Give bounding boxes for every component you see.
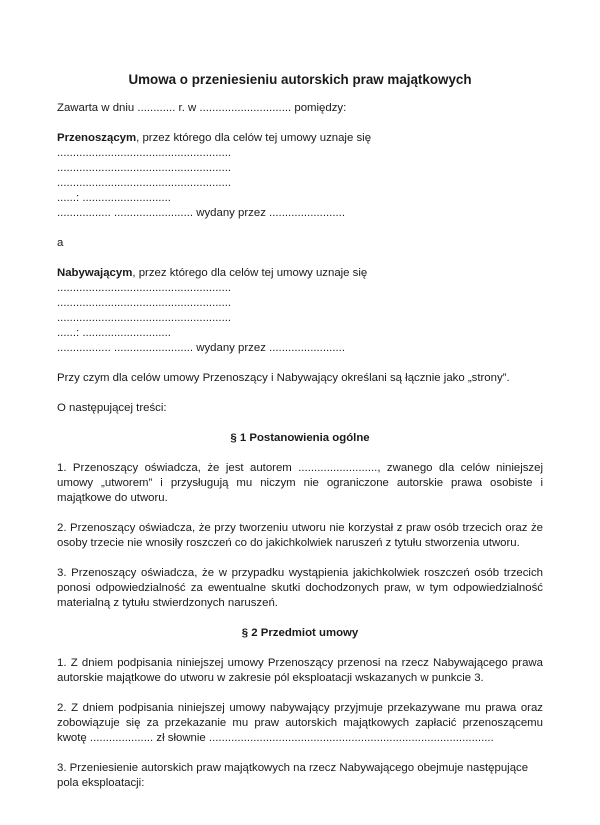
section-2-paragraph-1: 1. Z dniem podpisania niniejszej umowy P… bbox=[57, 656, 543, 686]
party2-header: Nabywającym, przez którego dla celów tej… bbox=[57, 266, 543, 281]
section-2-paragraph-3: 3. Przeniesienie autorskich praw majątko… bbox=[57, 761, 543, 791]
party2-line-1: ........................................… bbox=[57, 281, 543, 296]
parties-note: Przy czym dla celów umowy Przenoszący i … bbox=[57, 371, 543, 386]
party2-line-5: ................. ......................… bbox=[57, 341, 543, 356]
section-2-paragraph-2: 2. Z dniem podpisania niniejszej umowy n… bbox=[57, 701, 543, 746]
party1-line-3: ........................................… bbox=[57, 176, 543, 191]
document-page: Umowa o przeniesieniu autorskich praw ma… bbox=[0, 0, 600, 825]
content-intro: O następującej treści: bbox=[57, 401, 543, 416]
document-body: Umowa o przeniesieniu autorskich praw ma… bbox=[57, 71, 543, 791]
section-1-paragraph-2: 2. Przenoszący oświadcza, że przy tworze… bbox=[57, 521, 543, 551]
document-title: Umowa o przeniesieniu autorskich praw ma… bbox=[57, 71, 543, 89]
party1-line-1: ........................................… bbox=[57, 146, 543, 161]
party2-line-4: ......: ............................ bbox=[57, 326, 543, 341]
party1-header-rest: , przez którego dla celów tej umowy uzna… bbox=[136, 132, 371, 144]
intro-line: Zawarta w dniu ............ r. w .......… bbox=[57, 101, 543, 116]
conjunction: a bbox=[57, 236, 543, 251]
section-1-paragraph-1: 1. Przenoszący oświadcza, że jest autore… bbox=[57, 461, 543, 506]
party2-line-2: ........................................… bbox=[57, 296, 543, 311]
party2-label: Nabywającym bbox=[57, 267, 132, 279]
section-1-paragraph-3: 3. Przenoszący oświadcza, że w przypadku… bbox=[57, 566, 543, 611]
party1-label: Przenoszącym bbox=[57, 132, 136, 144]
party2-line-3: ........................................… bbox=[57, 311, 543, 326]
party1-line-5: ................. ......................… bbox=[57, 206, 543, 221]
section-1-heading: § 1 Postanowienia ogólne bbox=[57, 431, 543, 446]
party2-header-rest: , przez którego dla celów tej umowy uzna… bbox=[132, 267, 367, 279]
party1-header: Przenoszącym, przez którego dla celów te… bbox=[57, 131, 543, 146]
party1-line-4: ......: ............................ bbox=[57, 191, 543, 206]
section-2-heading: § 2 Przedmiot umowy bbox=[57, 626, 543, 641]
party1-line-2: ........................................… bbox=[57, 161, 543, 176]
